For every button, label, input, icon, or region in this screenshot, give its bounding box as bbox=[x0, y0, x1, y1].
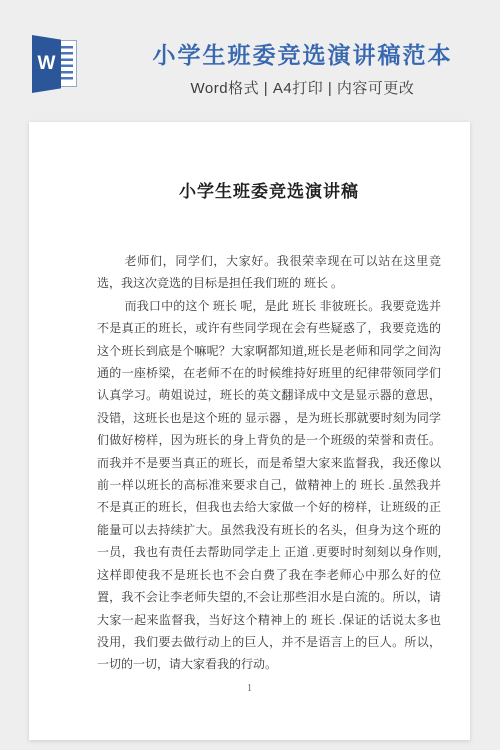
word-icon-flap: W bbox=[32, 35, 61, 93]
document-title: 小学生班委竞选演讲稿 bbox=[97, 180, 441, 204]
paragraph: 老师们，同学们，大家好。我很荣幸现在可以站在这里竞选，我这次竞选的目标是担任我们… bbox=[97, 250, 441, 295]
page-subtitle: Word格式 | A4打印 | 内容可更改 bbox=[105, 77, 500, 98]
header: W 小学生班委竞选演讲稿范本 Word格式 | A4打印 | 内容可更改 bbox=[0, 0, 500, 122]
template-preview-screen: { "header": { "title": "小学生班委竞选演讲稿范本", "… bbox=[0, 0, 500, 750]
document-body: 老师们，同学们，大家好。我很荣幸现在可以站在这里竞选，我这次竞选的目标是担任我们… bbox=[97, 250, 441, 676]
word-icon: W bbox=[32, 35, 77, 93]
header-text-block: 小学生班委竞选演讲稿范本 Word格式 | A4打印 | 内容可更改 bbox=[105, 42, 500, 98]
paragraph: 而我口中的这个 班长 呢，是此 班长 非彼班长。我要竞选并不是真正的班长，或许有… bbox=[97, 295, 441, 676]
document-page: 小学生班委竞选演讲稿 老师们，同学们，大家好。我很荣幸现在可以站在这里竞选，我这… bbox=[29, 122, 470, 740]
page-title: 小学生班委竞选演讲稿范本 bbox=[105, 42, 500, 68]
page-number: 1 bbox=[29, 683, 470, 694]
word-icon-letter: W bbox=[38, 53, 56, 75]
